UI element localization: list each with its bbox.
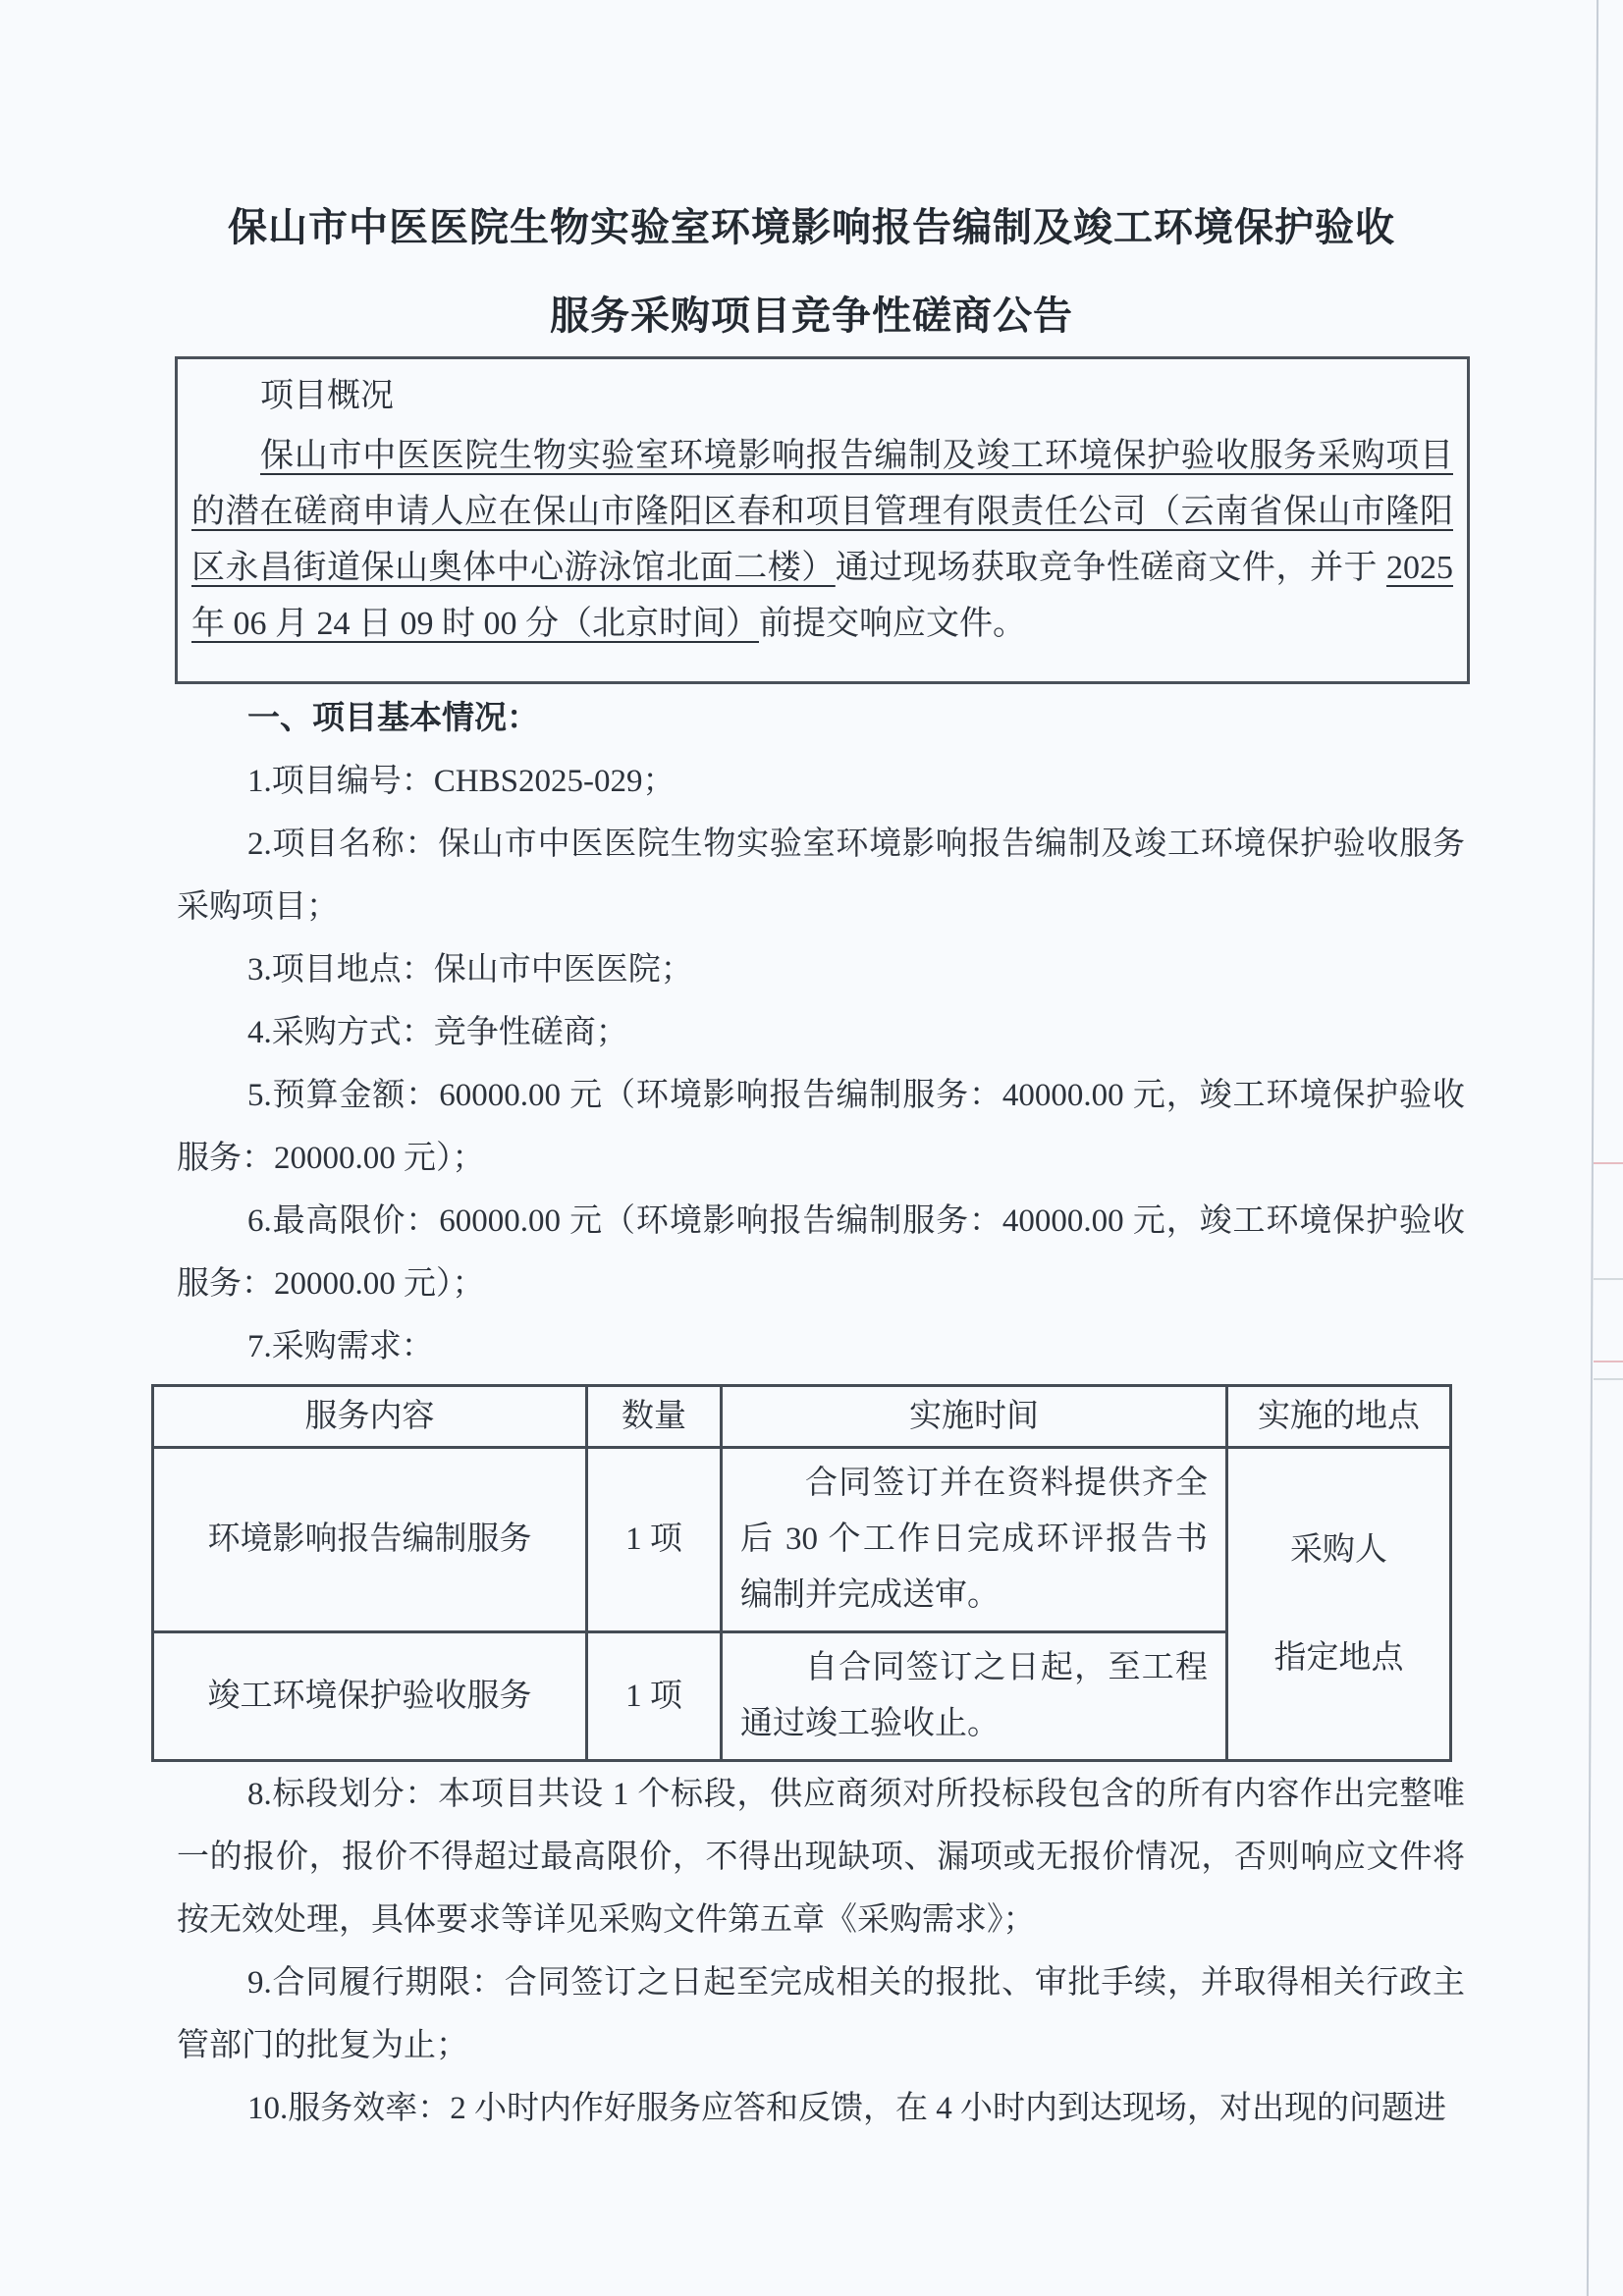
cell-qty-eia: 1 项: [587, 1448, 722, 1632]
section-heading: 一、项目基本情况：: [177, 687, 1465, 750]
document-title-line-1: 保山市中医医院生物实验室环境影响报告编制及竣工环境保护验收: [0, 196, 1623, 252]
header-implementation-time: 实施时间: [722, 1386, 1227, 1448]
overview-segment-plain: 通过现场获取竞争性磋商文件，并于: [836, 550, 1386, 586]
project-overview-box: 项目概况 保山市中医医院生物实验室环境影响报告编制及竣工环境保护验收服务采购项目…: [175, 356, 1470, 684]
item-price-ceiling: 6.最高限价：60000.00 元（环境影响报告编制服务：40000.00 元，…: [177, 1190, 1465, 1315]
cell-location-text: 采购人 指定地点: [1228, 1496, 1449, 1712]
header-service-content: 服务内容: [153, 1386, 587, 1448]
cell-time-eia-text: 合同签订并在资料提供齐全后 30 个工作日完成环评报告书编制并完成送审。: [723, 1456, 1225, 1624]
document-title-line-2: 服务采购项目竞争性磋商公告: [0, 285, 1623, 341]
scanned-document-page: 保山市中医医院生物实验室环境影响报告编制及竣工环境保护验收 服务采购项目竞争性磋…: [0, 0, 1623, 2296]
item-contract-period: 9.合同履行期限：合同签订之日起至完成相关的报批、审批手续，并取得相关行政主管部…: [177, 1951, 1465, 2077]
overview-segment-plain: 前提交响应文件。: [759, 606, 1026, 642]
location-line: 采购人: [1228, 1496, 1449, 1604]
ruled-line: [1594, 1278, 1623, 1280]
location-line: 指定地点: [1228, 1604, 1449, 1712]
item-project-location: 3.项目地点：保山市中医医院；: [177, 938, 1465, 1001]
basic-info-section: 一、项目基本情况： 1.项目编号：CHBS2025-029； 2.项目名称：保山…: [177, 687, 1465, 1378]
ruled-line: [1594, 1361, 1623, 1362]
post-table-items: 8.标段划分：本项目共设 1 个标段，供应商须对所投标段包含的所有内容作出完整唯…: [177, 1763, 1465, 2140]
cell-qty-acceptance: 1 项: [587, 1632, 722, 1761]
cell-time-acceptance-text: 自合同签订之日起，至工程通过竣工验收止。: [723, 1640, 1225, 1752]
ruled-line: [1594, 1378, 1623, 1380]
item-lot-division: 8.标段划分：本项目共设 1 个标段，供应商须对所投标段包含的所有内容作出完整唯…: [177, 1763, 1465, 1951]
cell-service-eia: 环境影响报告编制服务: [153, 1448, 587, 1632]
item-budget-amount: 5.预算金额：60000.00 元（环境影响报告编制服务：40000.00 元，…: [177, 1064, 1465, 1190]
procurement-requirements-table: 服务内容 数量 实施时间 实施的地点 环境影响报告编制服务 1 项 合同签订并在…: [151, 1384, 1452, 1762]
cell-time-acceptance: 自合同签订之日起，至工程通过竣工验收止。: [722, 1632, 1227, 1761]
page-edge-line: [1587, 0, 1598, 2296]
table-header-row: 服务内容 数量 实施时间 实施的地点: [153, 1386, 1451, 1448]
table-row: 环境影响报告编制服务 1 项 合同签订并在资料提供齐全后 30 个工作日完成环评…: [153, 1448, 1451, 1632]
overview-heading: 项目概况: [191, 373, 1453, 420]
item-service-efficiency: 10.服务效率：2 小时内作好服务应答和反馈，在 4 小时内到达现场，对出现的问…: [177, 2077, 1465, 2140]
ruled-line: [1594, 1162, 1623, 1164]
header-quantity: 数量: [587, 1386, 722, 1448]
item-project-number: 1.项目编号：CHBS2025-029；: [177, 750, 1465, 813]
item-project-name: 2.项目名称：保山市中医医院生物实验室环境影响报告编制及竣工环境保护验收服务采购…: [177, 813, 1465, 938]
item-procurement-method: 4.采购方式：竞争性磋商；: [177, 1001, 1465, 1064]
cell-time-eia: 合同签订并在资料提供齐全后 30 个工作日完成环评报告书编制并完成送审。: [722, 1448, 1227, 1632]
item-procurement-demand: 7.采购需求：: [177, 1315, 1465, 1378]
overview-paragraph: 保山市中医医院生物实验室环境影响报告编制及竣工环境保护验收服务采购项目的潜在磋商…: [191, 428, 1453, 652]
cell-location-merged: 采购人 指定地点: [1227, 1448, 1451, 1761]
cell-service-acceptance: 竣工环境保护验收服务: [153, 1632, 587, 1761]
header-implementation-place: 实施的地点: [1227, 1386, 1451, 1448]
